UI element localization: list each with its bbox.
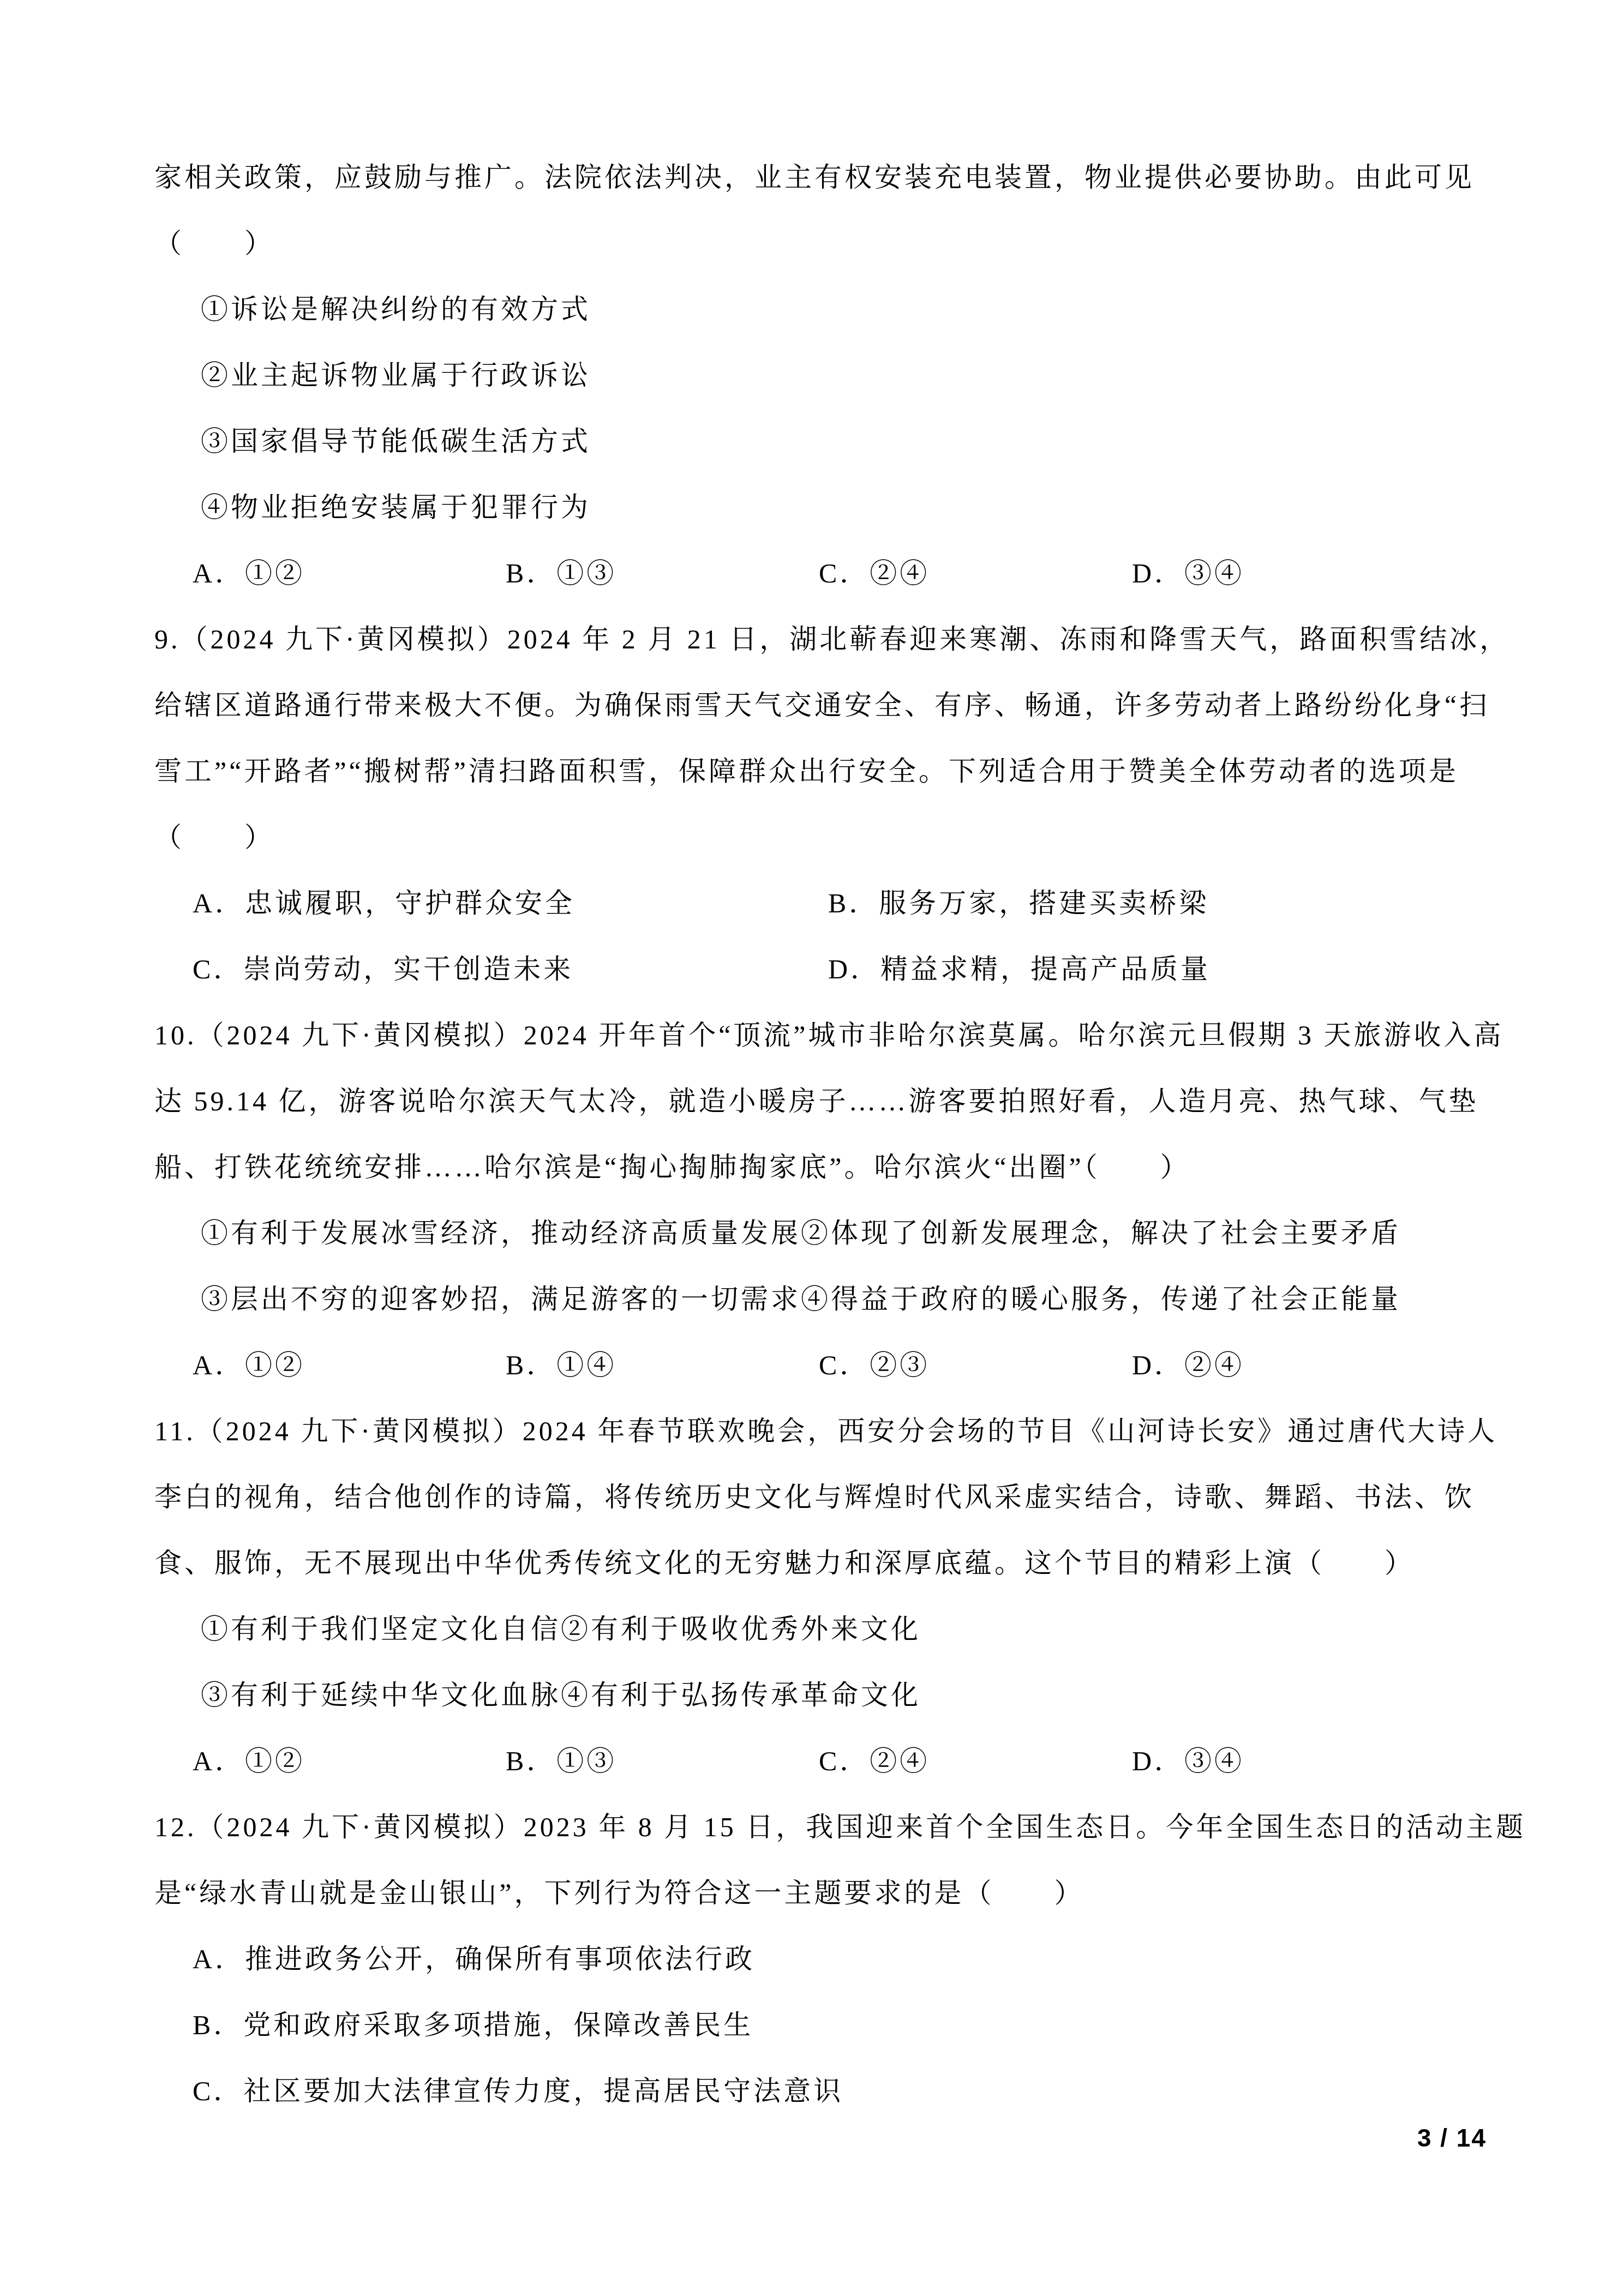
q9-stem-line-2: 给辖区道路通行带来极大不便。为确保雨雪天气交通安全、有序、畅通，许多劳动者上路纷… (154, 672, 1496, 738)
page-number: 3 / 14 (1417, 2116, 1487, 2160)
q8-choice-d: D．③④ (1132, 540, 1244, 606)
q12-choice-c: C．社区要加大法律宣传力度，提高居民守法意识 (154, 2058, 1496, 2124)
q8-choice-c: C．②④ (819, 540, 1132, 606)
q8-choices-row: A．①② B．①③ C．②④ D．③④ (154, 540, 1496, 606)
q11-choice-a: A．①② (193, 1728, 506, 1794)
q11-stem-line-1: 11.（2024 九下·黄冈模拟）2024 年春节联欢晚会，西安分会场的节目《山… (154, 1398, 1496, 1464)
q8-answer-blank-parens: （ ） (154, 211, 1496, 277)
q10-items-line-2: ③层出不穷的迎客妙招，满足游客的一切需求④得益于政府的暖心服务，传递了社会正能量 (154, 1266, 1496, 1332)
q10-choices-row: A．①② B．①④ C．②③ D．②④ (154, 1332, 1496, 1398)
q8-item-4: ④物业拒绝安装属于犯罪行为 (154, 474, 1496, 540)
q8-item-2: ②业主起诉物业属于行政诉讼 (154, 342, 1496, 408)
exam-page: 家相关政策，应鼓励与推广。法院依法判决，业主有权安装充电装置，物业提供必要协助。… (0, 0, 1624, 2296)
q9-choice-d: D．精益求精，提高产品质量 (828, 936, 1210, 1002)
q10-stem-line-2: 达 59.14 亿，游客说哈尔滨天气太冷，就造小暖房子……游客要拍照好看，人造月… (154, 1068, 1496, 1134)
q8-item-1: ①诉讼是解决纠纷的有效方式 (154, 277, 1496, 342)
q8-choice-b: B．①③ (506, 540, 819, 606)
q9-answer-blank-parens: （ ） (154, 804, 1496, 870)
q8-item-3: ③国家倡导节能低碳生活方式 (154, 408, 1496, 474)
q9-choice-a: A．忠诚履职，守护群众安全 (193, 870, 828, 936)
q11-choice-c: C．②④ (819, 1728, 1132, 1794)
q11-choices-row: A．①② B．①③ C．②④ D．③④ (154, 1728, 1496, 1794)
q9-choices-row-1: A．忠诚履职，守护群众安全 B．服务万家，搭建买卖桥梁 (154, 870, 1496, 936)
q10-choice-a: A．①② (193, 1332, 506, 1398)
page-content: 家相关政策，应鼓励与推广。法院依法判决，业主有权安装充电装置，物业提供必要协助。… (154, 145, 1496, 2124)
q11-items-line-2: ③有利于延续中华文化血脉④有利于弘扬传承革命文化 (154, 1662, 1496, 1728)
q11-choice-d: D．③④ (1132, 1728, 1244, 1794)
q11-items-line-1: ①有利于我们坚定文化自信②有利于吸收优秀外来文化 (154, 1596, 1496, 1662)
q11-choice-b: B．①③ (506, 1728, 819, 1794)
q12-stem-line-1: 12.（2024 九下·黄冈模拟）2023 年 8 月 15 日，我国迎来首个全… (154, 1794, 1496, 1860)
q10-stem-line-3: 船、打铁花统统安排……哈尔滨是“掏心掏肺掏家底”。哈尔滨火“出圈”（ ） (154, 1134, 1496, 1200)
q8-choice-a: A．①② (193, 540, 506, 606)
q12-stem-line-2: 是“绿水青山就是金山银山”，下列行为符合这一主题要求的是（ ） (154, 1860, 1496, 1926)
q9-choice-b: B．服务万家，搭建买卖桥梁 (828, 870, 1209, 936)
q9-choice-c: C．崇尚劳动，实干创造未来 (193, 936, 828, 1002)
q10-choice-d: D．②④ (1132, 1332, 1244, 1398)
q11-stem-line-2: 李白的视角，结合他创作的诗篇，将传统历史文化与辉煌时代风采虚实结合，诗歌、舞蹈、… (154, 1464, 1496, 1530)
q12-choice-b: B．党和政府采取多项措施，保障改善民生 (154, 1992, 1496, 2058)
q10-choice-c: C．②③ (819, 1332, 1132, 1398)
q8-stem-continuation-line: 家相关政策，应鼓励与推广。法院依法判决，业主有权安装充电装置，物业提供必要协助。… (154, 145, 1496, 211)
q9-stem-line-3: 雪工”“开路者”“搬树帮”清扫路面积雪，保障群众出行安全。下列适合用于赞美全体劳… (154, 738, 1496, 804)
q11-stem-line-3: 食、服饰，无不展现出中华优秀传统文化的无穷魅力和深厚底蕴。这个节目的精彩上演（ … (154, 1530, 1496, 1596)
q10-choice-b: B．①④ (506, 1332, 819, 1398)
q9-stem-line-1: 9.（2024 九下·黄冈模拟）2024 年 2 月 21 日，湖北蕲春迎来寒潮… (154, 606, 1496, 672)
q12-choice-a: A．推进政务公开，确保所有事项依法行政 (154, 1926, 1496, 1992)
q10-stem-line-1: 10.（2024 九下·黄冈模拟）2024 开年首个“顶流”城市非哈尔滨莫属。哈… (154, 1002, 1496, 1068)
q9-choices-row-2: C．崇尚劳动，实干创造未来 D．精益求精，提高产品质量 (154, 936, 1496, 1002)
q10-items-line-1: ①有利于发展冰雪经济，推动经济高质量发展②体现了创新发展理念，解决了社会主要矛盾 (154, 1200, 1496, 1266)
